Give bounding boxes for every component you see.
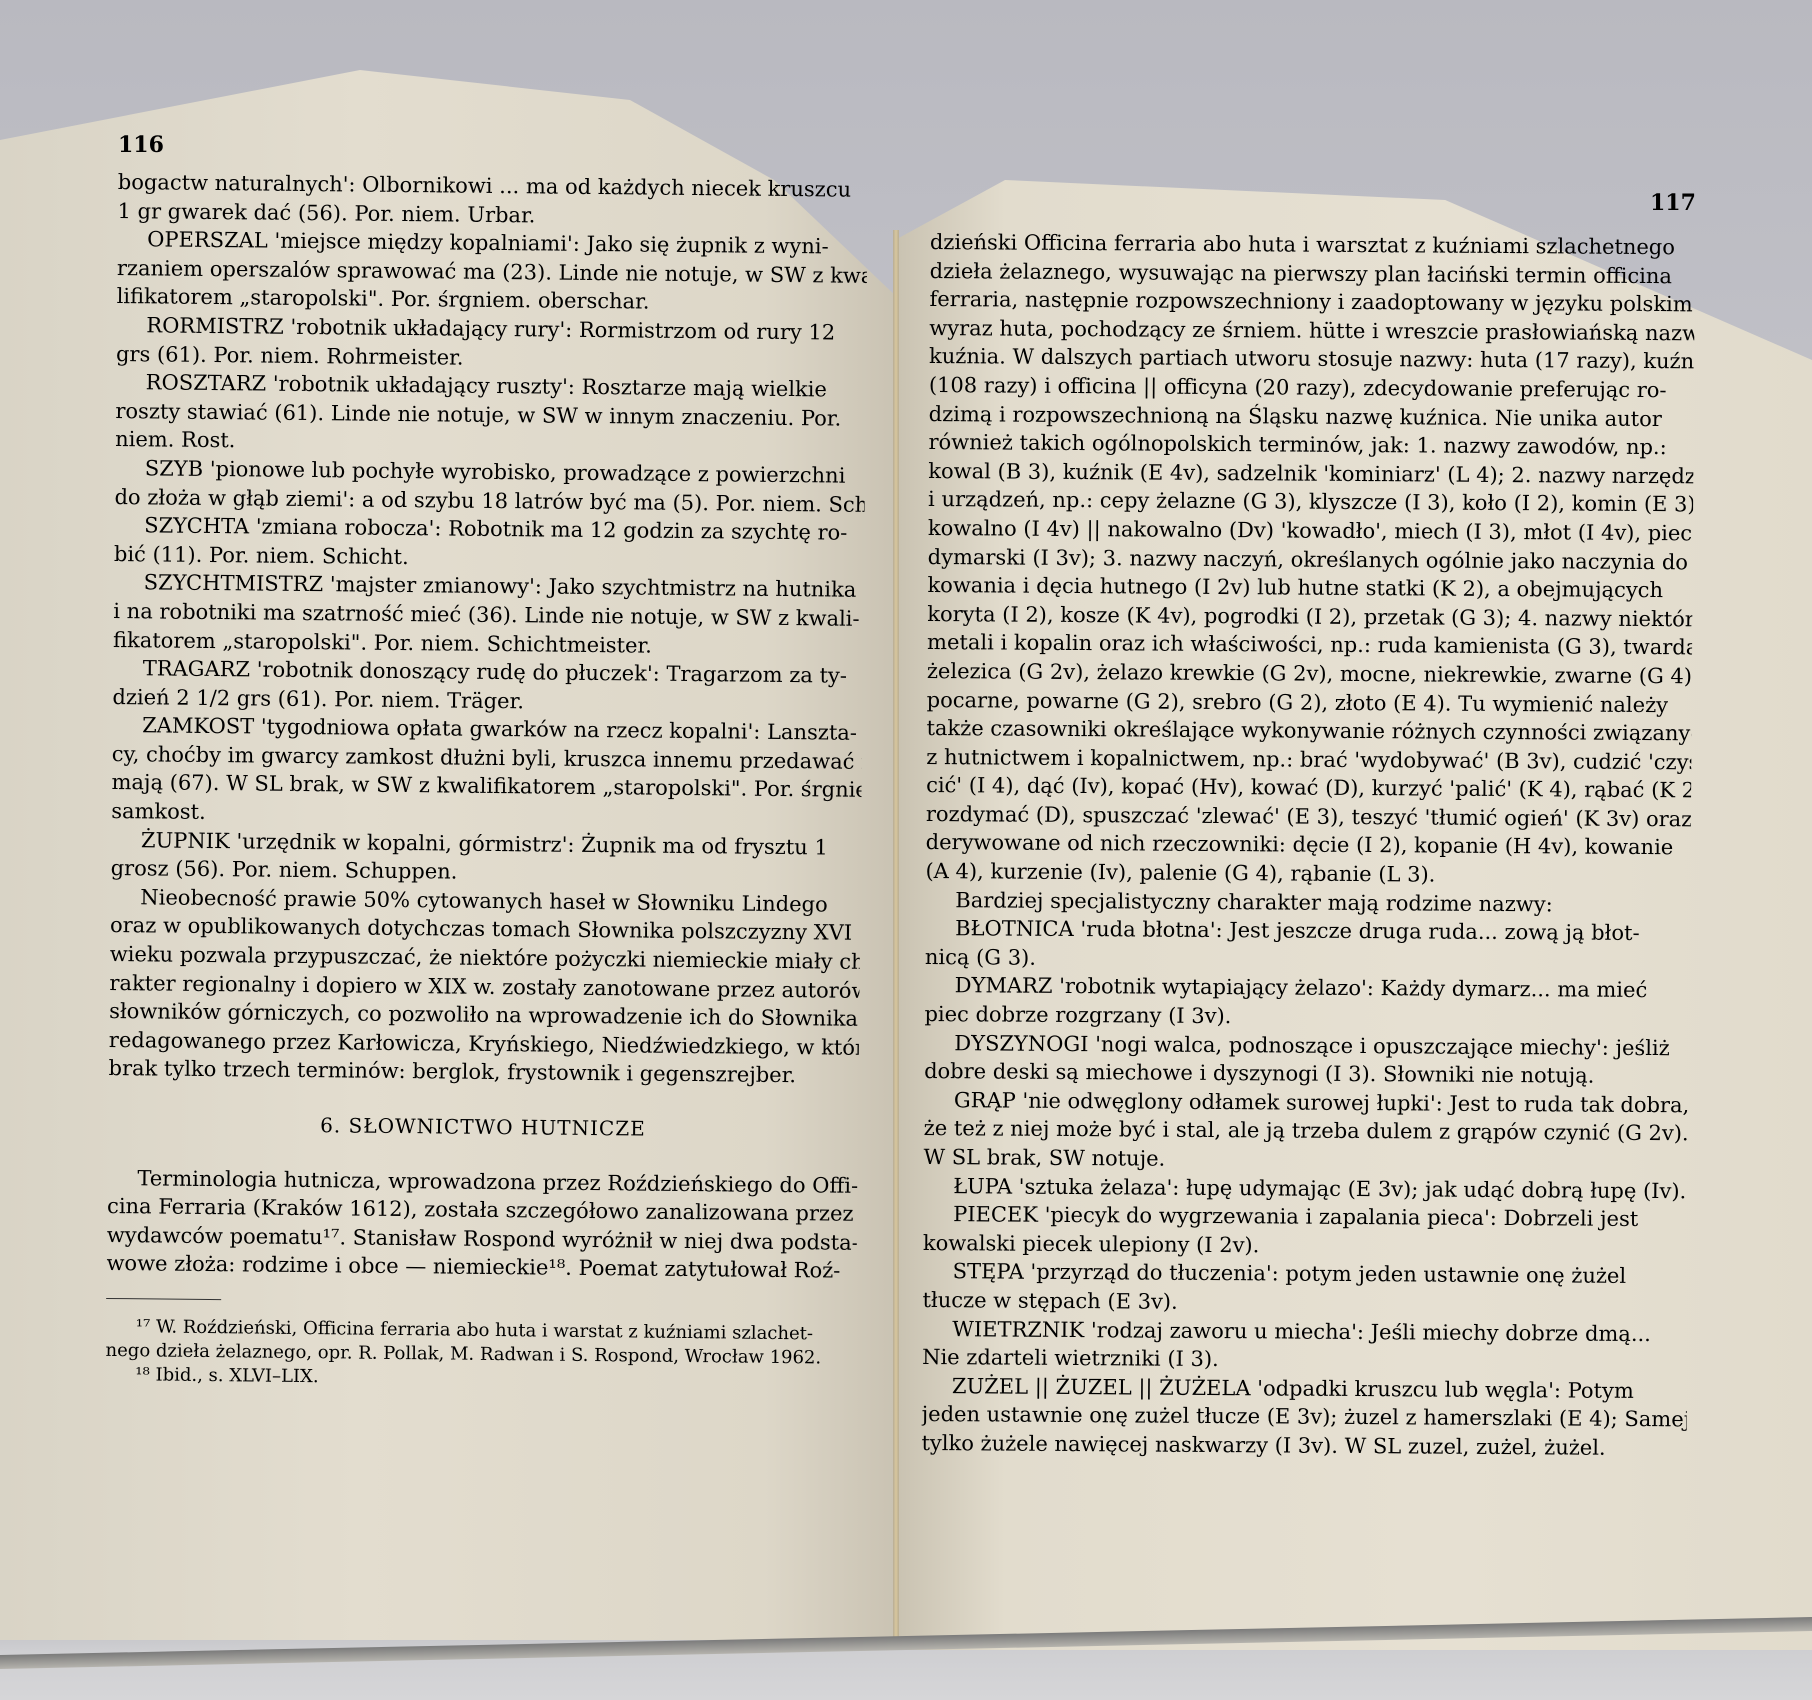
right-body-lines: dzieński Officina ferraria abo huta i wa…: [921, 228, 1695, 1463]
right-page-number: 117: [1650, 190, 1696, 216]
book-gutter: [893, 230, 899, 1650]
text-line: BŁOTNICA 'ruda błotna': Jest jeszcze dru…: [925, 914, 1690, 948]
left-page-text: bogactw naturalnych': Olbornikowi ... ma…: [105, 168, 868, 1395]
section-body-lines: Terminologia hutnicza, wprowadzona przez…: [106, 1164, 857, 1286]
right-page-text: dzieński Officina ferraria abo huta i wa…: [921, 228, 1695, 1463]
section-heading: 6. SŁOWNICTWO HUTNICZE: [108, 1109, 858, 1145]
footnotes: ¹⁷ W. Roździeński, Officina ferraria abo…: [105, 1315, 856, 1395]
footnote-divider: [106, 1298, 221, 1300]
left-page-number: 116: [118, 132, 164, 158]
left-body-lines: bogactw naturalnych': Olbornikowi ... ma…: [108, 168, 868, 1091]
text-line: kowalno (I 4v) || nakowalno (Dv) 'kowadł…: [928, 514, 1693, 548]
text-line: tylko żużele nawięcej naskwarzy (I 3v). …: [921, 1429, 1686, 1463]
open-book: 116 117 bogactw naturalnych': Olbornikow…: [0, 0, 1812, 1700]
text-line: żelezica (G 2v), żelazo krewkie (G 2v), …: [927, 657, 1692, 691]
